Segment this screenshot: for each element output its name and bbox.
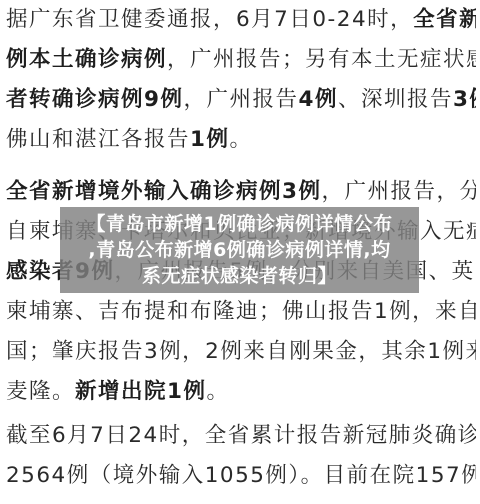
bold-text-span: 例本土确诊病例 xyxy=(6,47,167,72)
bold-text-span: 全省新增境外输入确诊病例3例 xyxy=(6,179,321,204)
text-span: 麦隆。 xyxy=(6,379,75,404)
bold-text-span: 全省新增10 xyxy=(413,7,476,32)
bold-text-span: 1例 xyxy=(190,127,229,152)
text-line: 麦隆。新增出院1例。 xyxy=(6,372,476,412)
text-line: 据广东省卫健委通报，6月7日0-24时，全省新增10 xyxy=(6,0,476,40)
text-line: 国；肇庆报告3例，2例来自刚果金，其余1例来自喀 xyxy=(6,332,476,372)
text-line: 截至6月7日24时，全省累计报告新冠肺炎确诊病例 xyxy=(6,416,476,456)
text-line: 佛山和湛江各报告1例。 xyxy=(6,120,476,160)
headline-overlay-banner: 【青岛市新增1例确诊病例详情公布 ,青岛公布新增6例确诊病例详情,均 系无症状感… xyxy=(60,207,419,293)
text-span: 、深圳报告 xyxy=(338,87,453,112)
text-line: 者转确诊病例9例，广州报告4例、深圳报告3例、 xyxy=(6,80,476,120)
text-span: ，广州报告，分别来 xyxy=(321,179,476,204)
text-line: 柬埔寨、吉布提和布隆迪；佛山报告1例，来自法 xyxy=(6,292,476,332)
overlay-title-line: 【青岛市新增1例确诊病例详情公布 xyxy=(60,211,419,237)
overlay-title-line: 系无症状感染者转归】 xyxy=(60,263,419,289)
text-span: 国；肇庆报告3例，2例来自刚果金，其余1例来自喀 xyxy=(6,339,476,364)
paragraph-daily-local-cases: 据广东省卫健委通报，6月7日0-24时，全省新增10 例本土确诊病例，广州报告；… xyxy=(6,0,476,160)
text-span: 。 xyxy=(229,127,252,152)
text-span: 。 xyxy=(206,379,229,404)
text-line: 2564例（境外输入1055例）。目前在院157例。 xyxy=(6,456,476,496)
bold-text-span: 新增出院1例 xyxy=(75,379,206,404)
text-span: ，广州报告；另有本土无症状感染 xyxy=(167,47,476,72)
text-line: 全省新增境外输入确诊病例3例，广州报告，分别来 xyxy=(6,172,476,212)
bold-text-span: 者转确诊病例9例 xyxy=(6,87,183,112)
text-span: ，广州报告 xyxy=(183,87,298,112)
text-span: 佛山和湛江各报告 xyxy=(6,127,190,152)
text-span: 2564例（境外输入1055例）。目前在院157例。 xyxy=(6,463,476,488)
bold-text-span: 3例 xyxy=(453,87,476,112)
paragraph-cumulative-totals: 截至6月7日24时，全省累计报告新冠肺炎确诊病例 2564例（境外输入1055例… xyxy=(6,416,476,496)
text-span: 柬埔寨、吉布提和布隆迪；佛山报告1例，来自法 xyxy=(6,299,476,324)
text-span: 截至6月7日24时，全省累计报告新冠肺炎确诊病例 xyxy=(6,423,476,448)
text-line: 例本土确诊病例，广州报告；另有本土无症状感染 xyxy=(6,40,476,80)
overlay-title-line: ,青岛公布新增6例确诊病例详情,均 xyxy=(60,237,419,263)
text-span: 据广东省卫健委通报，6月7日0-24时， xyxy=(6,7,413,32)
bold-text-span: 4例 xyxy=(298,87,337,112)
